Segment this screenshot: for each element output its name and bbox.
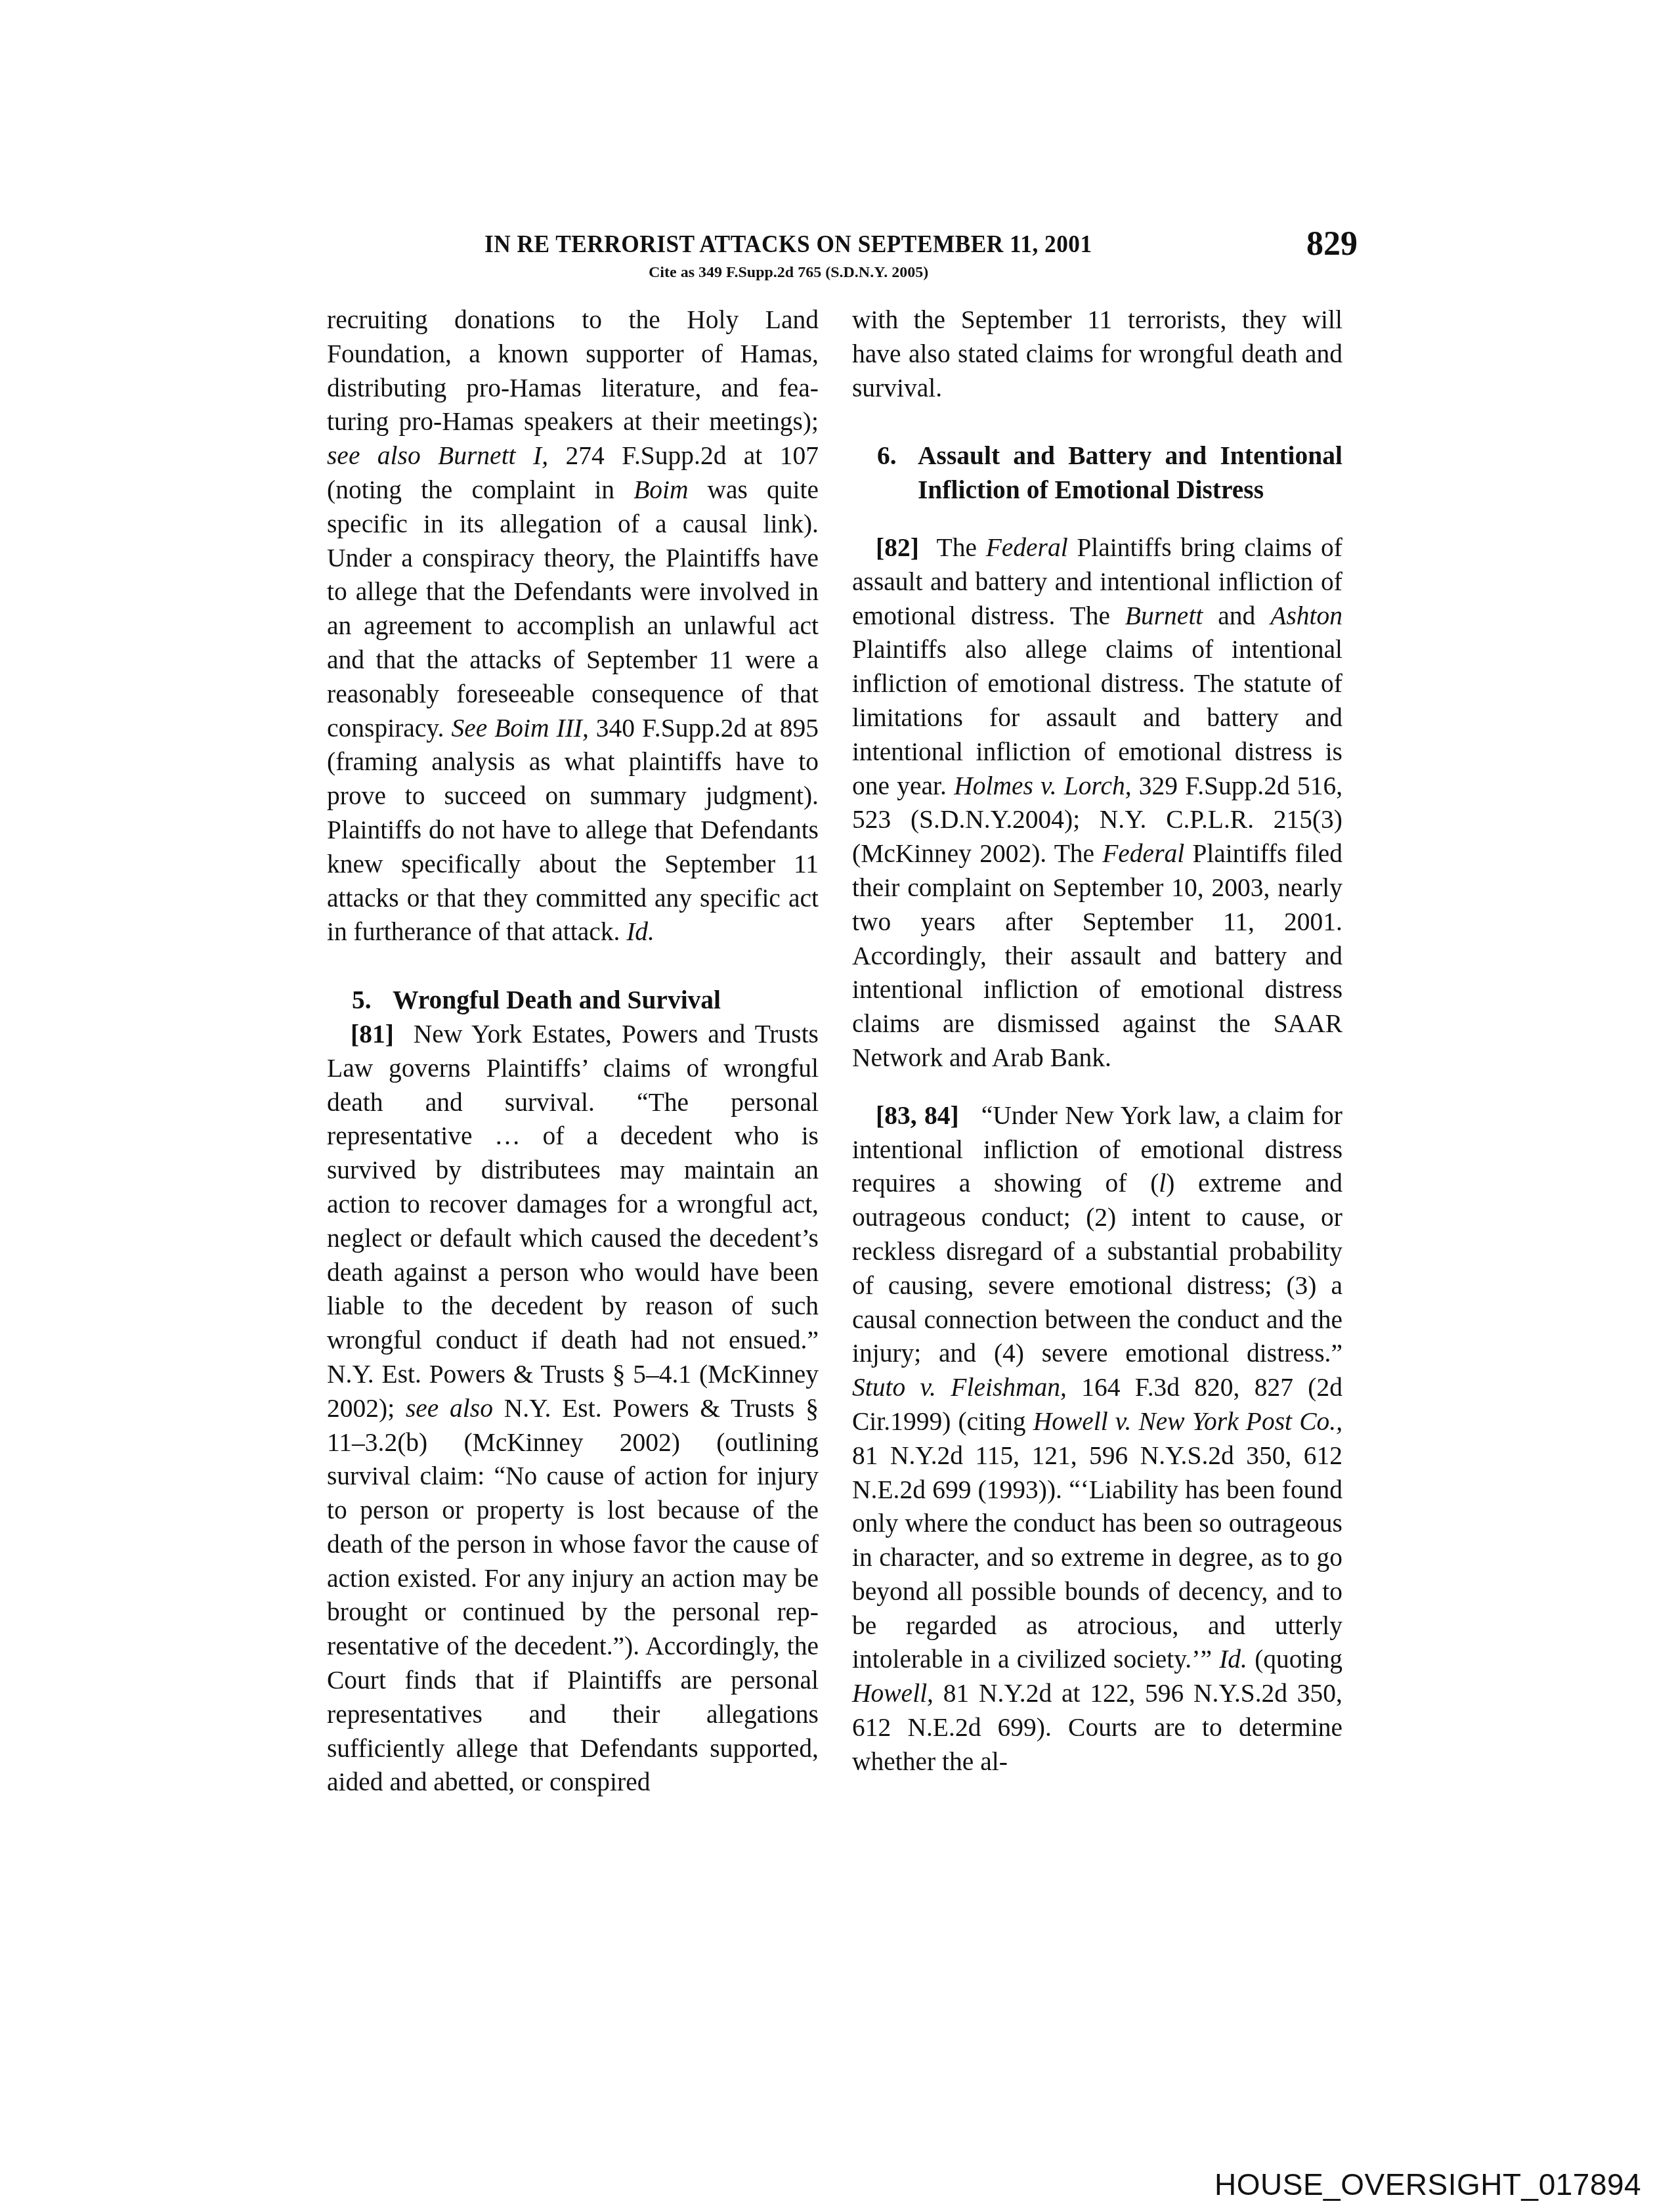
headnote-82: [82]	[876, 533, 919, 562]
italic-citation: see also	[406, 1394, 493, 1423]
paragraph-assault-battery: [82] The Federal Plaintiffs bring claims…	[852, 531, 1342, 1075]
running-head: IN RE TERRORIST ATTACKS ON SEPTEMBER 11,…	[460, 230, 1346, 302]
section-title: Wrongful Death and Survival	[393, 984, 819, 1018]
italic-citation: Federal	[1102, 839, 1184, 868]
section-number: 6.	[852, 439, 918, 508]
italic-citation: See Boim III,	[451, 714, 588, 743]
italic-citation: Stuto v. Fle­ishman,	[852, 1373, 1067, 1402]
case-title: IN RE TERRORIST ATTACKS ON SEPTEMBER 11,…	[484, 230, 1092, 259]
italic-citation: Id.	[626, 917, 655, 946]
left-column: recruiting donations to the Holy Land Fo…	[327, 303, 819, 1800]
italic-citation: Burnett	[1125, 601, 1203, 630]
italic-citation: Howell,	[852, 1679, 934, 1708]
paragraph-conspiracy: recruiting donations to the Holy Land Fo…	[327, 303, 819, 949]
headnote-81: [81]	[351, 1020, 394, 1049]
italic-citation: l	[1159, 1169, 1166, 1198]
italic-citation: see also Burnett I,	[327, 441, 548, 470]
headnote-83-84: [83, 84]	[876, 1101, 959, 1130]
italic-citation: Boim	[633, 475, 688, 504]
italic-citation: Holmes v. Lorch,	[954, 771, 1131, 800]
section-heading-5: 5. Wrongful Death and Survival	[327, 984, 819, 1018]
paragraph-continuation: with the September 11 terrorists, they w…	[852, 303, 1342, 405]
italic-citation: Federal	[986, 533, 1068, 562]
italic-citation: Howell v. New York Post Co.,	[1033, 1407, 1342, 1436]
section-title: Assault and Battery and Inten­tional Inf…	[918, 439, 1342, 508]
right-column: with the September 11 terrorists, they w…	[852, 303, 1342, 1779]
citation-line: Cite as 349 F.Supp.2d 765 (S.D.N.Y. 2005…	[649, 264, 928, 282]
paragraph-iied-standard: [83, 84] “Under New York law, a claim fo…	[852, 1099, 1342, 1779]
section-heading-6: 6. Assault and Battery and Inten­tional …	[852, 439, 1342, 508]
page-number: 829	[1306, 225, 1358, 263]
italic-citation: Ashton	[1270, 601, 1342, 630]
italic-citation: Id.	[1219, 1645, 1247, 1674]
bates-number: HOUSE_OVERSIGHT_017894	[1214, 2167, 1641, 2202]
section-number: 5.	[327, 984, 393, 1018]
paragraph-wrongful-death: [81] New York Estates, Powers and Trusts…	[327, 1018, 819, 1800]
